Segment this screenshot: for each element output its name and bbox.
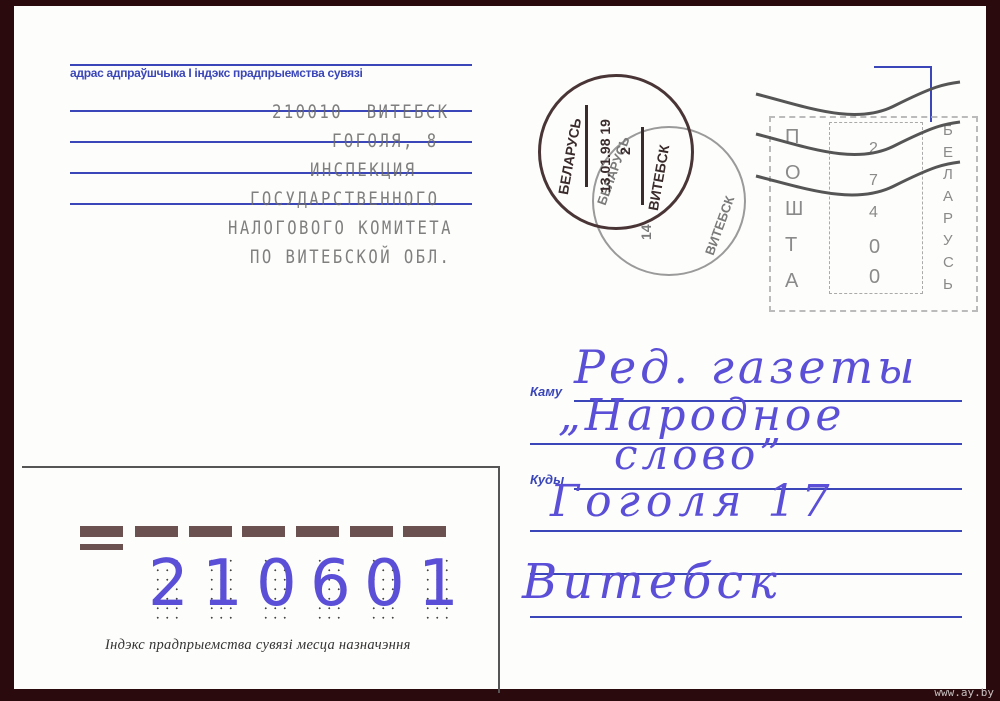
recipient-line-4 [530,530,962,532]
index-digit: 1 [202,552,242,616]
recipient-handwriting-line: Ред. газеты [574,340,919,394]
recipient-handwriting-line: Гоголя 17 [550,476,835,527]
index-bar [403,526,446,537]
index-bar [350,526,393,537]
recipient-line-6 [530,616,962,618]
postal-index-box: 2 1 0 6 0 1 [22,466,500,693]
envelope: адрас адпраўшчыка І індэкс прадпрыемства… [14,6,986,689]
recipient-handwriting-line: Витебск [522,554,782,610]
index-bar [242,526,285,537]
index-digit: 0 [256,552,296,616]
index-digit: 6 [310,552,350,616]
watermark: www.ay.by [934,686,994,699]
index-caption: Індэкс прадпрыемства сувязі месца назнач… [105,637,411,654]
index-bar [80,544,123,550]
index-bar [80,526,123,537]
index-digit: 1 [418,552,458,616]
index-bar [296,526,339,537]
index-bar [135,526,178,537]
index-bar [189,526,232,537]
index-digit: 0 [364,552,404,616]
recipient-handwriting-line: слово” [614,430,785,479]
index-digit: 2 [148,552,188,616]
